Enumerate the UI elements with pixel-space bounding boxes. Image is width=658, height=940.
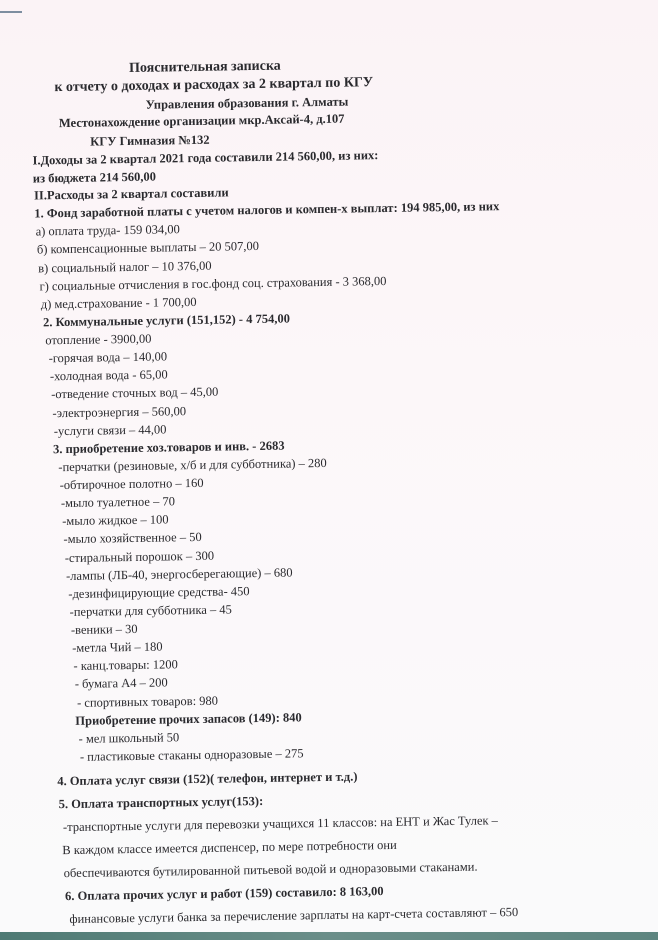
section-4-title: 4. Оплата услуг связи (152)( телефон, ин… — [57, 770, 357, 787]
section-5-item: обеспечиваются бутилированной питьевой в… — [64, 861, 478, 880]
scanner-bottom-edge — [0, 932, 658, 940]
section-5-item: В каждом классе имеется диспенсер, по ме… — [62, 839, 397, 857]
section-5-title: 5. Оплата транспортных услуг(153): — [59, 795, 264, 811]
document-page: Пояснительная записка к отчету о доходах… — [0, 0, 658, 932]
document-body-lower: 4. Оплата услуг связи (152)( телефон, ин… — [0, 0, 658, 932]
section-6-title: 6. Оплата прочих услуг и работ (159) сос… — [65, 885, 384, 903]
section-5-item: -транспортные услуги для перевозки учащи… — [63, 814, 498, 833]
section-6-item: финансовые услуги банка за перечисление … — [69, 906, 518, 926]
